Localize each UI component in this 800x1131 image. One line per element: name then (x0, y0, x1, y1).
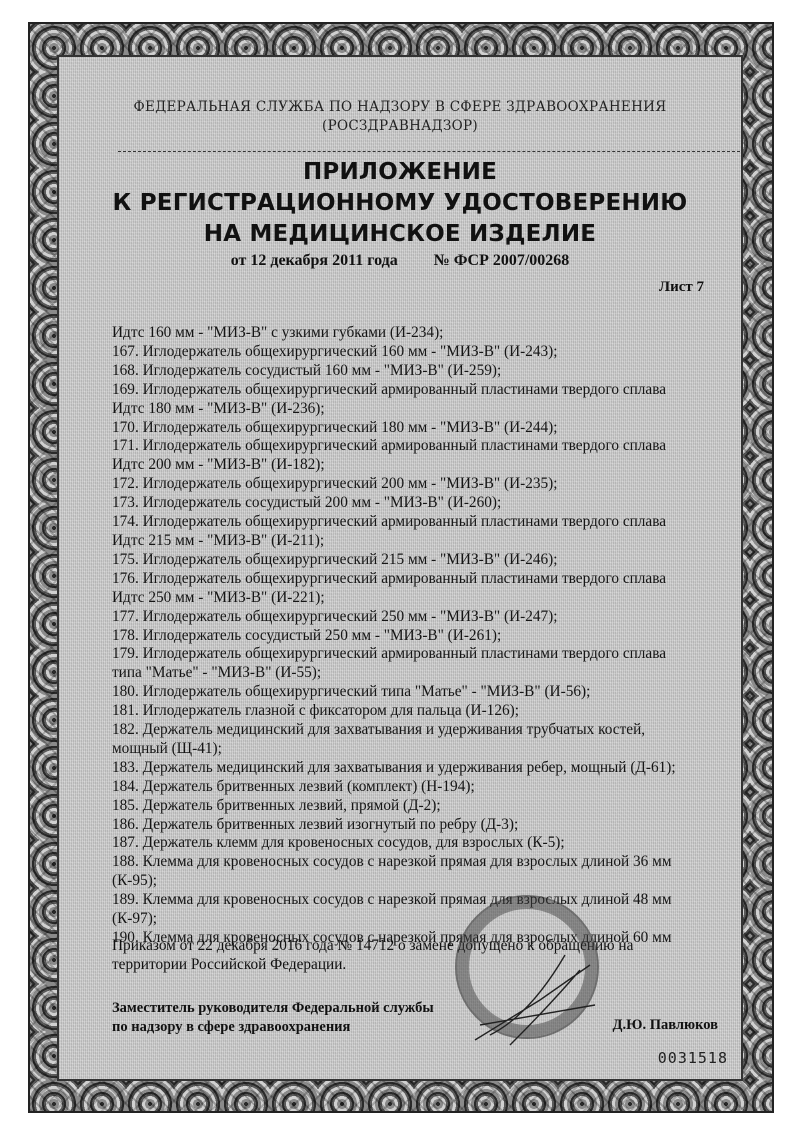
list-line: 168. Иглодержатель сосудистый 160 мм - "… (112, 362, 712, 381)
agency-name: ФЕДЕРАЛЬНАЯ СЛУЖБА ПО НАДЗОРУ В СФЕРЕ ЗД… (60, 98, 740, 117)
list-line: 186. Держатель бритвенных лезвий изогнут… (112, 816, 712, 835)
list-line: 189. Клемма для кровеносных сосудов с на… (112, 891, 712, 910)
signer-name: Д.Ю. Павлюков (613, 1017, 718, 1034)
header-divider (118, 151, 740, 152)
list-line: 184. Держатель бритвенных лезвий (компле… (112, 778, 712, 797)
list-line: 170. Иглодержатель общехирургический 180… (112, 419, 712, 438)
registration-dateline: от 12 декабря 2011 года№ ФСР 2007/00268 (60, 252, 740, 270)
list-line: Идтс 200 мм - "МИЗ-В" (И-182); (112, 456, 712, 475)
signer-title-line-2: по надзору в сфере здравоохранения (112, 1018, 434, 1037)
signer-title: Заместитель руководителя Федеральной слу… (112, 999, 434, 1036)
device-list: Идтс 160 мм - "МИЗ-В" с узкими губками (… (112, 324, 712, 948)
title-line-2: К РЕГИСТРАЦИОННОМУ УДОСТОВЕРЕНИЮ (60, 188, 740, 219)
list-line: 177. Иглодержатель общехирургический 250… (112, 608, 712, 627)
title-line-3: НА МЕДИЦИНСКОЕ ИЗДЕЛИЕ (60, 219, 740, 250)
order-note: Приказом от 22 декабря 2016 года № 14712… (112, 937, 712, 975)
list-line: 180. Иглодержатель общехирургический тип… (112, 683, 712, 702)
list-line: 178. Иглодержатель сосудистый 250 мм - "… (112, 627, 712, 646)
list-line: 175. Иглодержатель общехирургический 215… (112, 551, 712, 570)
signature-mark (470, 945, 600, 1055)
list-line: 182. Держатель медицинский для захватыва… (112, 721, 712, 740)
list-line: Идтс 215 мм - "МИЗ-В" (И-211); (112, 532, 712, 551)
list-line: 169. Иглодержатель общехирургический арм… (112, 381, 712, 400)
list-line: 171. Иглодержатель общехирургический арм… (112, 437, 712, 456)
list-line: типа "Матье" - "МИЗ-В" (И-55); (112, 664, 712, 683)
list-line: 187. Держатель клемм для кровеносных сос… (112, 834, 712, 853)
list-line: 188. Клемма для кровеносных сосудов с на… (112, 853, 712, 872)
sheet-number: Лист 7 (659, 279, 704, 296)
order-note-line-1: Приказом от 22 декабря 2016 года № 14712… (112, 937, 712, 956)
registration-number: № ФСР 2007/00268 (434, 252, 570, 269)
list-line: мощный (Щ-41); (112, 740, 712, 759)
agency-header: ФЕДЕРАЛЬНАЯ СЛУЖБА ПО НАДЗОРУ В СФЕРЕ ЗД… (60, 98, 740, 136)
list-line: 172. Иглодержатель общехирургический 200… (112, 475, 712, 494)
list-line: (К-97); (112, 910, 712, 929)
title-line-1: ПРИЛОЖЕНИЕ (60, 157, 740, 188)
list-line: 185. Держатель бритвенных лезвий, прямой… (112, 797, 712, 816)
signer-title-line-1: Заместитель руководителя Федеральной слу… (112, 999, 434, 1018)
list-line: Идтс 180 мм - "МИЗ-В" (И-236); (112, 400, 712, 419)
list-line: 179. Иглодержатель общехирургический арм… (112, 645, 712, 664)
agency-abbreviation: (РОСЗДРАВНАДЗОР) (60, 117, 740, 136)
list-line: (К-95); (112, 872, 712, 891)
order-note-line-2: территории Российской Федерации. (112, 956, 712, 975)
list-line: 181. Иглодержатель глазной с фиксатором … (112, 702, 712, 721)
list-line: Идтс 160 мм - "МИЗ-В" с узкими губками (… (112, 324, 712, 343)
list-line: 183. Держатель медицинский для захватыва… (112, 759, 712, 778)
list-line: 174. Иглодержатель общехирургический арм… (112, 513, 712, 532)
document-title: ПРИЛОЖЕНИЕ К РЕГИСТРАЦИОННОМУ УДОСТОВЕРЕ… (60, 157, 740, 250)
list-line: Идтс 250 мм - "МИЗ-В" (И-221); (112, 589, 712, 608)
list-line: 167. Иглодержатель общехирургический 160… (112, 343, 712, 362)
registration-date: от 12 декабря 2011 года (231, 252, 398, 269)
list-line: 176. Иглодержатель общехирургический арм… (112, 570, 712, 589)
serial-number: 0031518 (658, 1049, 728, 1067)
list-line: 173. Иглодержатель сосудистый 200 мм - "… (112, 494, 712, 513)
